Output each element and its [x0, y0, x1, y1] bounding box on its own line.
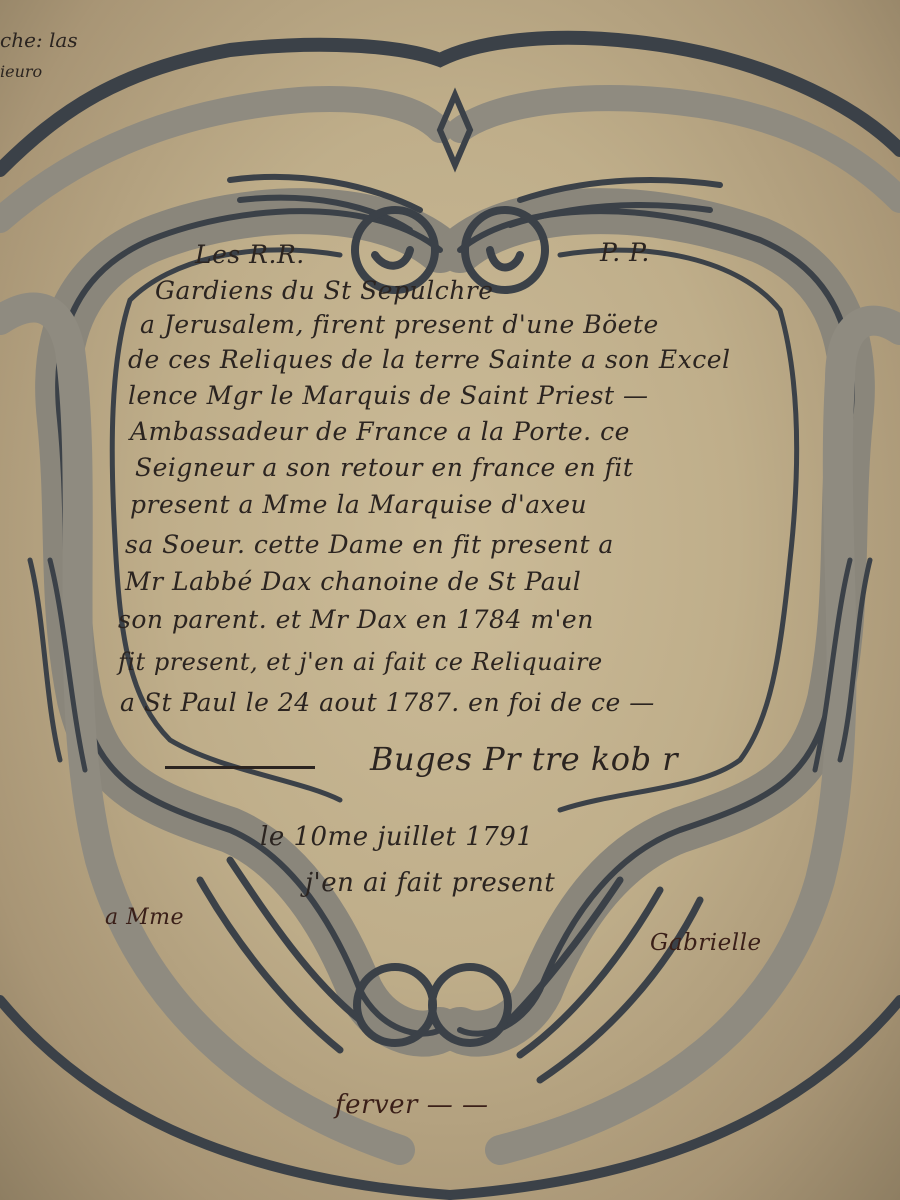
body-line-9: Mr Labbé Dax chanoine de St Paul — [125, 567, 581, 596]
addendum-recipient-prefix: a Mme — [105, 905, 184, 930]
body-line-10: son parent. et Mr Dax en 1784 m'en — [118, 605, 594, 634]
addendum-recipient-name: Gabrielle — [650, 930, 762, 956]
signature: Buges Pr tre kob r — [370, 740, 678, 778]
body-line-5: Ambassadeur de France a la Porte. ce — [130, 417, 630, 446]
body-line-8: sa Soeur. cette Dame en fit present a — [125, 530, 614, 559]
body-line-12: a St Paul le 24 aout 1787. en foi de ce … — [120, 688, 655, 717]
corner-text-line-2: ieuro — [0, 62, 42, 81]
header-right: P. P. — [600, 238, 650, 267]
body-line-3: de ces Reliques de la terre Sainte a son… — [128, 345, 731, 374]
body-line-2: a Jerusalem, firent present d'une Böete — [140, 310, 659, 339]
body-line-1: Gardiens du St Sepulchre — [155, 276, 494, 305]
addendum-gift-line: j'en ai fait present — [305, 868, 555, 898]
body-line-7: present a Mme la Marquise d'axeu — [130, 490, 587, 519]
addendum-date: le 10me juillet 1791 — [260, 822, 533, 852]
addendum-surname: ferver — — — [335, 1090, 488, 1120]
body-line-4: lence Mgr le Marquis de Saint Priest — — [128, 381, 648, 410]
corner-text-line-1: che: las — [0, 28, 78, 52]
signature-flourish-line — [165, 766, 315, 769]
body-line-11: fit present, et j'en ai fait ce Reliquai… — [118, 648, 603, 676]
body-line-6: Seigneur a son retour en france en fit — [135, 453, 633, 482]
header-left: Les R.R. — [195, 240, 305, 269]
cartouche-frame-drawing — [0, 0, 900, 1200]
